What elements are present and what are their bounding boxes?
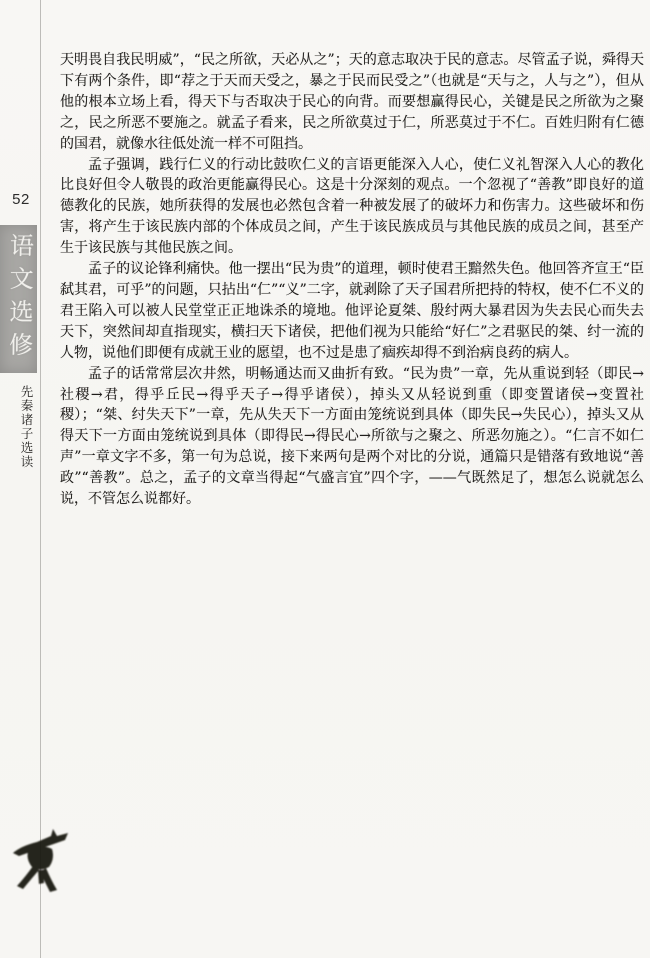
subject-label-box: 语文选修 bbox=[0, 225, 37, 373]
body-paragraph: 孟子的议论锋利痛快。他一摆出“民为贵”的道理，顿时使君王黯然失色。他回答齐宣王“… bbox=[60, 259, 644, 364]
page-number: 52 bbox=[6, 191, 36, 208]
subject-calligraphy-label: 语文选修 bbox=[0, 233, 38, 365]
scanned-book-page: 52 语文选修 先秦诸子选读 天明畏自我民明威”，“民之所欲，天必从之”；天的意… bbox=[0, 0, 650, 958]
body-paragraph: 孟子的话常常层次井然，明畅通达而又曲折有致。“民为贵”一章，先从重说到轻（即民→… bbox=[60, 364, 644, 510]
series-title-vertical: 先秦诸子选读 bbox=[17, 385, 35, 469]
body-paragraph: 天明畏自我民明威”，“民之所欲，天必从之”；天的意志取决于民的意志。尽管孟子说，… bbox=[60, 50, 644, 155]
body-paragraph: 孟子强调，践行仁义的行动比鼓吹仁义的言语更能深入人心，使仁义礼智深入人心的教化比… bbox=[60, 155, 644, 260]
ink-bronze-vessel-icon bbox=[8, 826, 72, 900]
body-text-block: 天明畏自我民明威”，“民之所欲，天必从之”；天的意志取决于民的意志。尽管孟子说，… bbox=[60, 50, 644, 510]
page-spine-divider bbox=[40, 0, 41, 958]
